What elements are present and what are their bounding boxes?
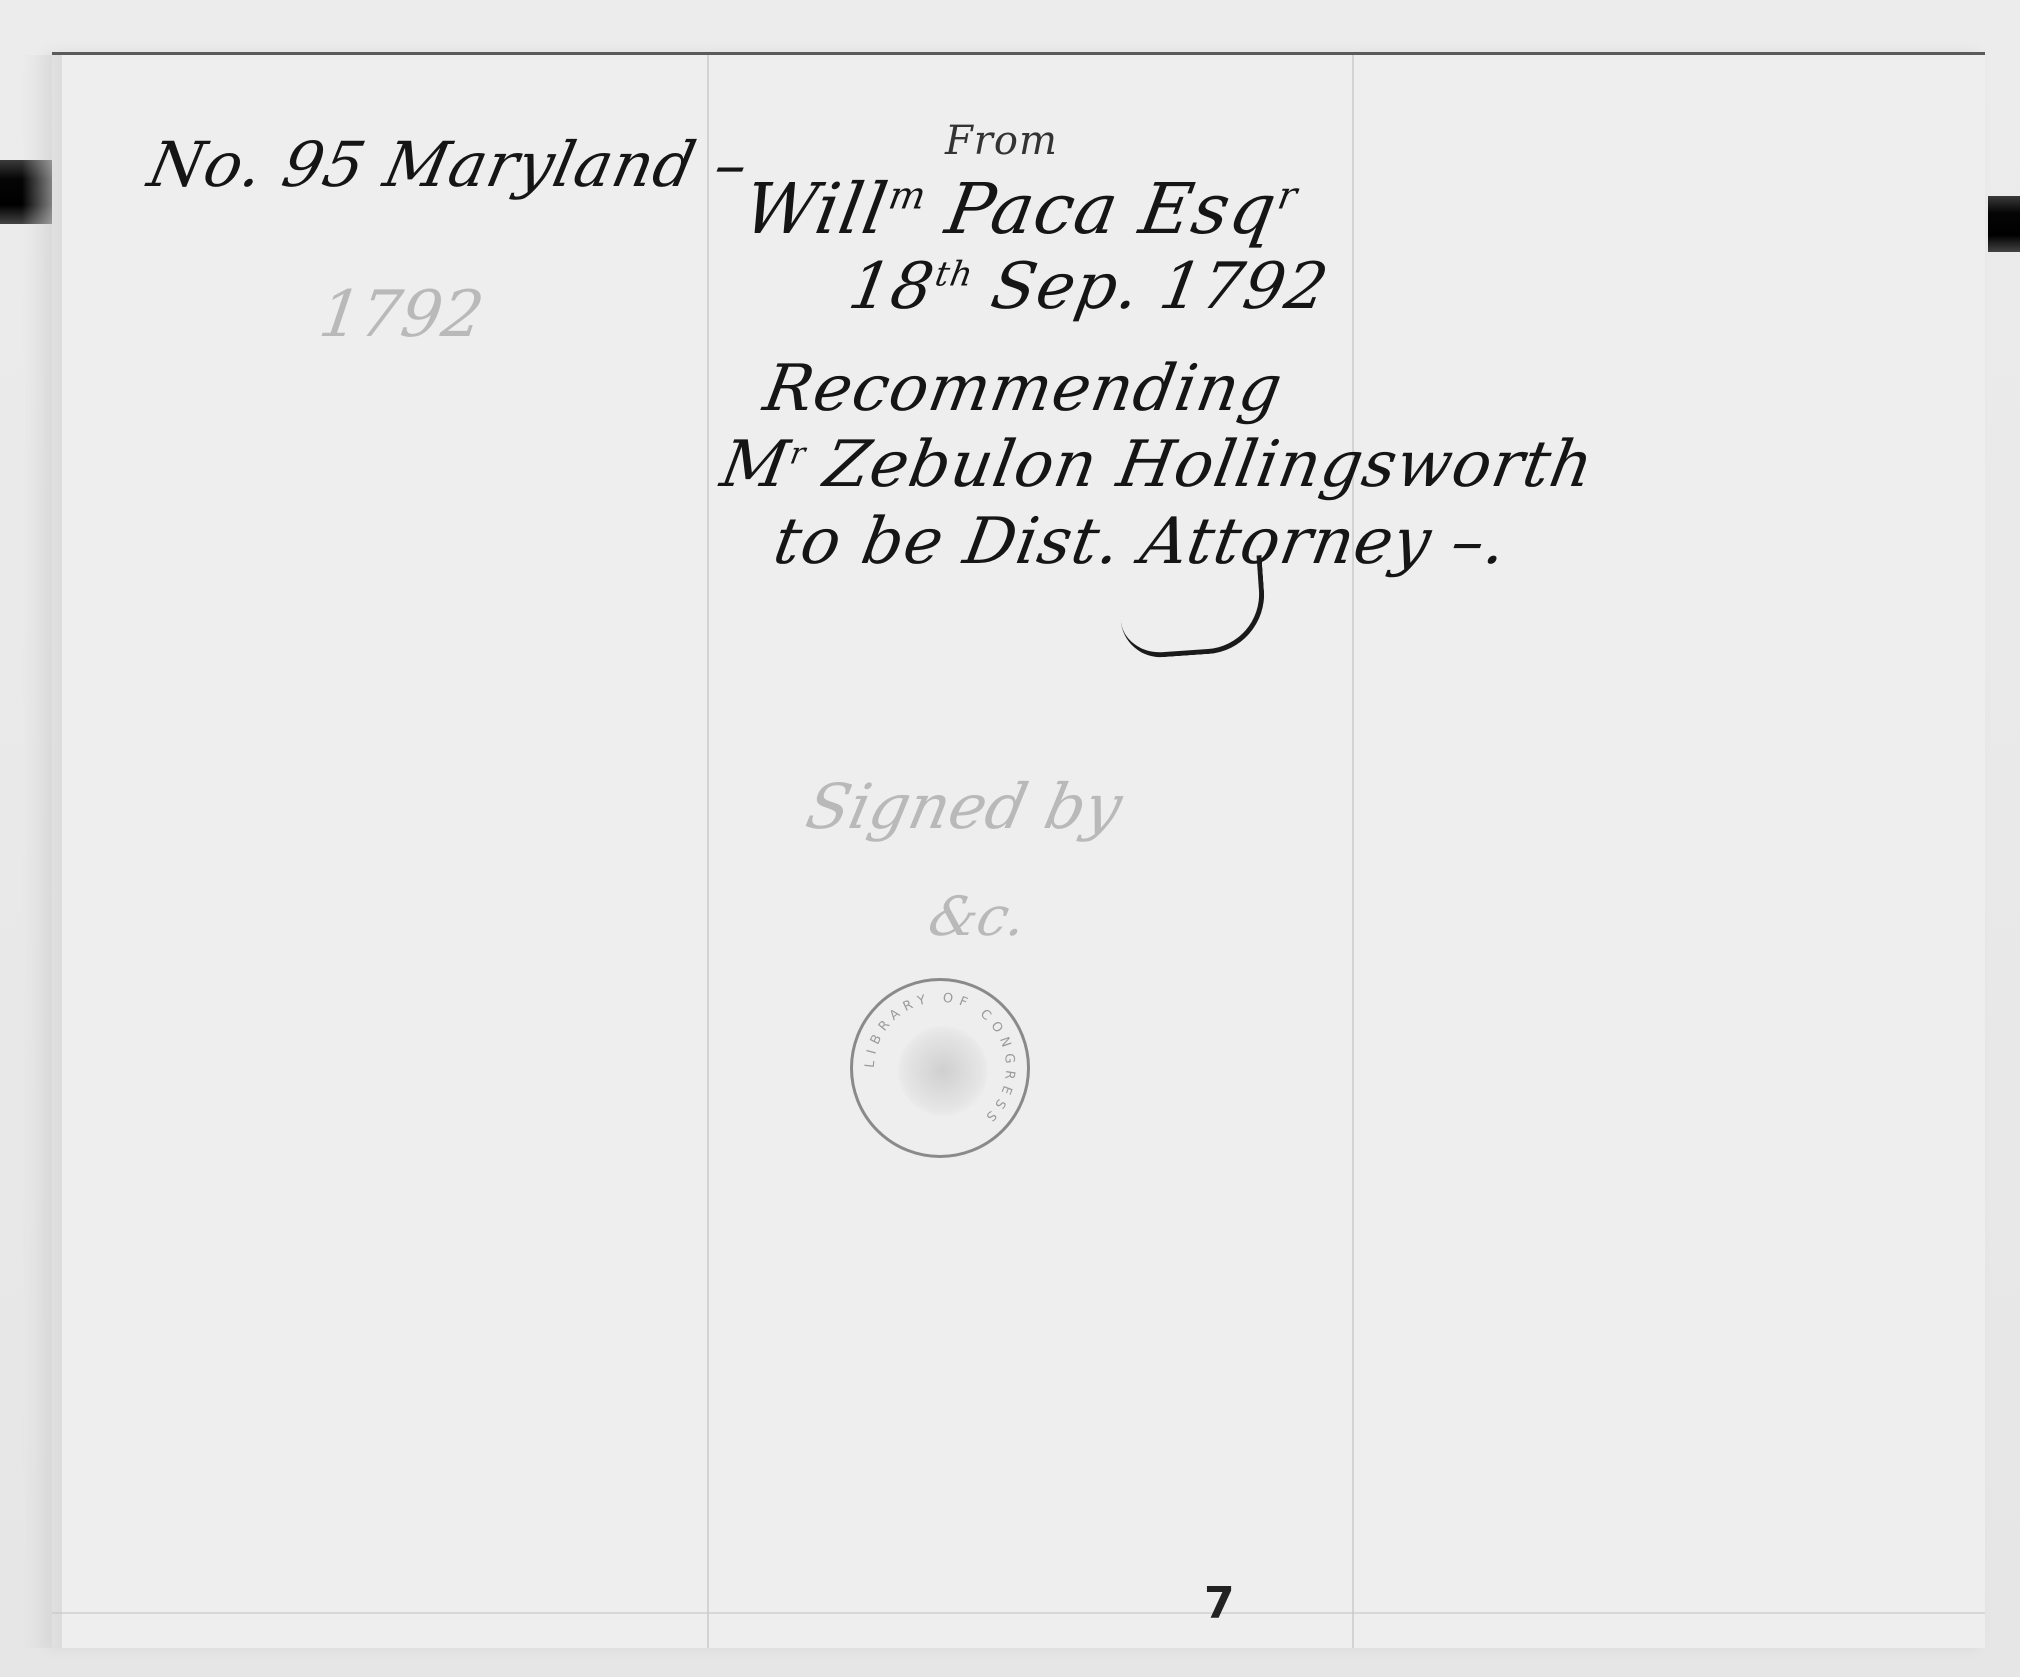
date-rest: Sep. 1792 (964, 250, 1334, 324)
fold-line-bottom (52, 1612, 1985, 1614)
fold-line-left (707, 55, 709, 1648)
pencil-note-line-1: Signed by (800, 770, 1128, 843)
binder-clip-right (1988, 196, 2020, 252)
letter-date: 18th Sep. 1792 (843, 250, 1334, 324)
nominee-name: Zebulon Hollingsworth (797, 428, 1599, 502)
pencil-year-annotation: 1792 (315, 278, 488, 352)
pencil-note-line-2: &c. (923, 885, 1032, 948)
title-prefix: M (715, 428, 795, 502)
author-name: Willm Paca Esqr (738, 168, 1303, 250)
eagle-emblem-icon (898, 1026, 988, 1116)
fold-line-right (1352, 55, 1354, 1648)
author-surname: Paca Esq (917, 168, 1283, 250)
page-number: 7 (1204, 1578, 1235, 1629)
subject-line-2: Mr Zebulon Hollingsworth (715, 428, 1599, 502)
docket-number: No. 95 Maryland – (142, 128, 755, 201)
from-label: From (945, 118, 1058, 164)
library-of-congress-stamp: LIBRARY OF CONGRESS (850, 978, 1030, 1158)
subject-line-1: Recommending (758, 352, 1288, 426)
date-day: 18 (843, 250, 939, 324)
author-given: Will (738, 168, 894, 250)
